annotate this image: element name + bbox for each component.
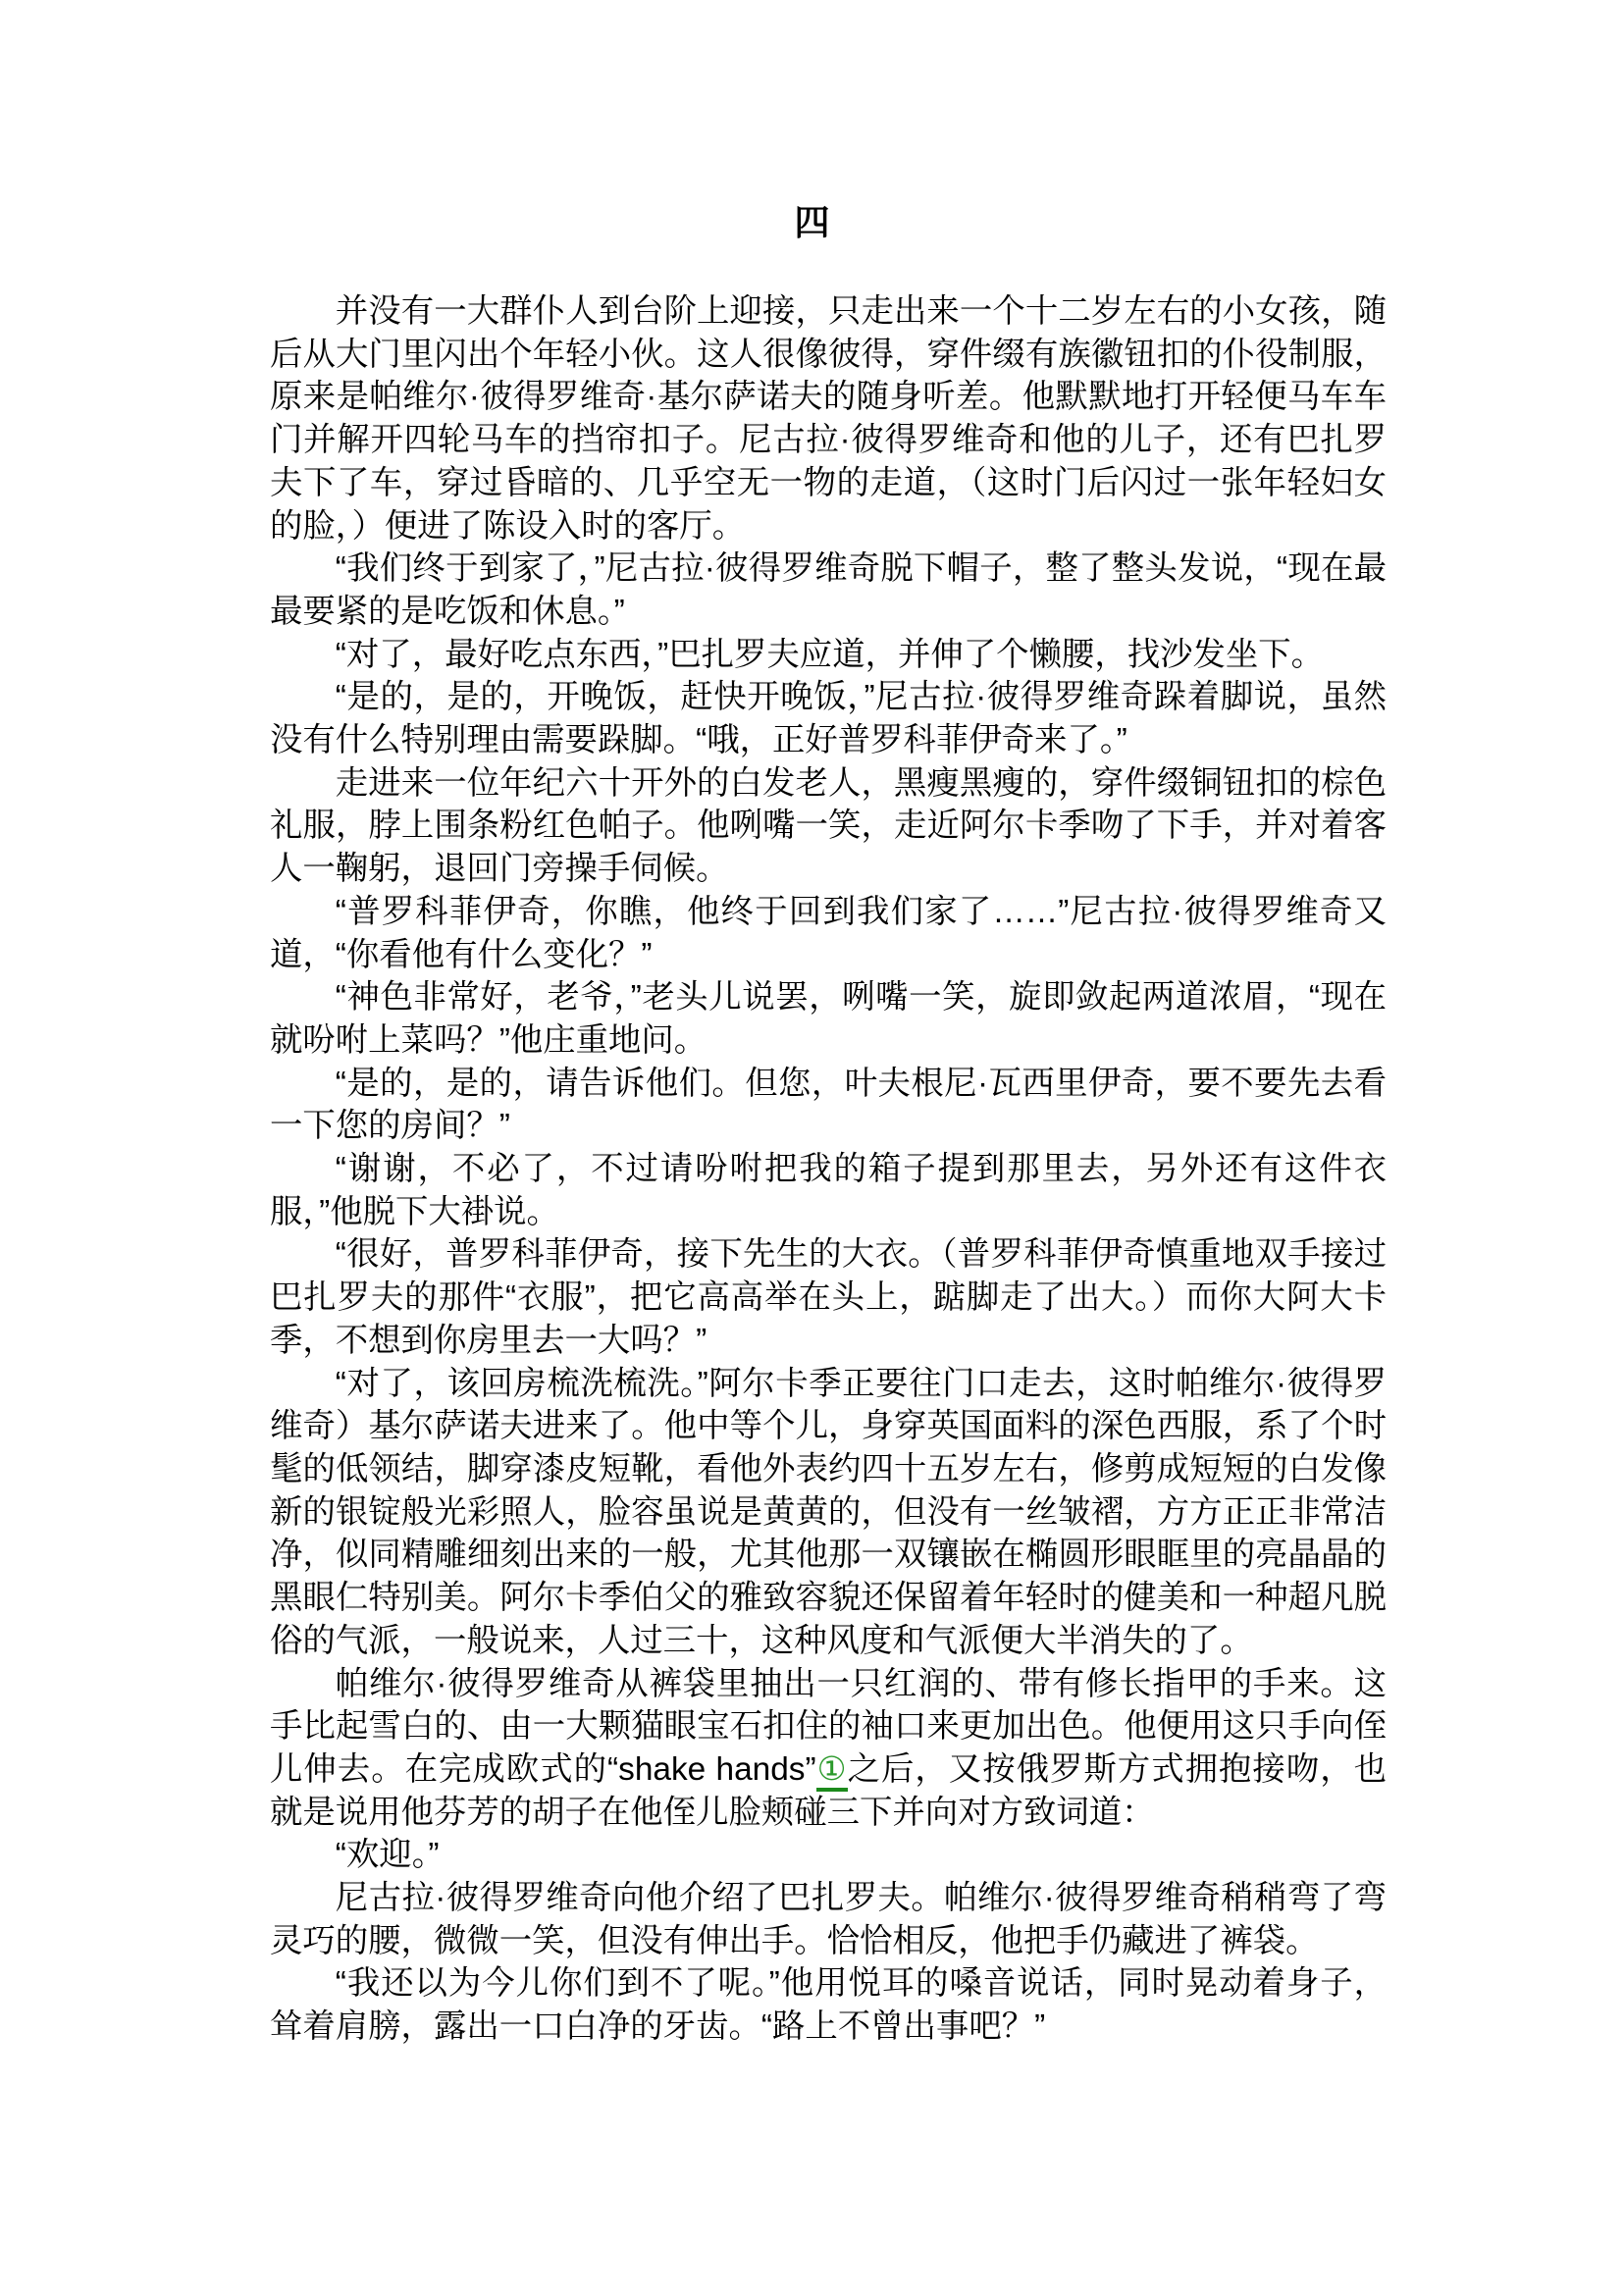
paragraph: “我们终于到家了，”尼古拉·彼得罗维奇脱下帽子，整了整头发说，“现在最最要紧的是… xyxy=(270,547,1387,633)
paragraph: 尼古拉·彼得罗维奇向他介绍了巴扎罗夫。帕维尔·彼得罗维奇稍稍弯了弯灵巧的腰，微微… xyxy=(270,1877,1387,1962)
paragraph: “是的，是的，开晚饭，赶快开晚饭，”尼古拉·彼得罗维奇跺着脚说，虽然没有什么特别… xyxy=(270,676,1387,761)
paragraph: “对了，最好吃点东西，”巴扎罗夫应道，并伸了个懒腰，找沙发坐下。 xyxy=(270,634,1387,677)
paragraph: “神色非常好，老爷，”老头儿说罢，咧嘴一笑，旋即敛起两道浓眉，“现在就吩咐上菜吗… xyxy=(270,976,1387,1062)
paragraph: “是的，是的，请告诉他们。但您，叶夫根尼·瓦西里伊奇，要不要先去看一下您的房间？… xyxy=(270,1063,1387,1148)
paragraph: 并没有一大群仆人到台阶上迎接，只走出来一个十二岁左右的小女孩，随后从大门里闪出个… xyxy=(270,290,1387,547)
chapter-title: 四 xyxy=(0,202,1624,243)
paragraph: “欢迎。” xyxy=(270,1834,1387,1877)
paragraph: “谢谢，不必了，不过请吩咐把我的箱子提到那里去，另外还有这件衣服，”他脱下大褂说… xyxy=(270,1148,1387,1233)
paragraph: “对了，该回房梳洗梳洗。”阿尔卡季正要往门口走去，这时帕维尔·彼得罗维奇）基尔萨… xyxy=(270,1363,1387,1663)
paragraph: 走进来一位年纪六十开外的白发老人，黑瘦黑瘦的，穿件缀铜钮扣的棕色礼服，脖上围条粉… xyxy=(270,762,1387,891)
document-page: 四 并没有一大群仆人到台阶上迎接，只走出来一个十二岁左右的小女孩，随后从大门里闪… xyxy=(0,0,1624,2294)
paragraph-with-footnote: 帕维尔·彼得罗维奇从裤袋里抽出一只红润的、带有修长指甲的手来。这手比起雪白的、由… xyxy=(270,1663,1387,1835)
body-text: 并没有一大群仆人到台阶上迎接，只走出来一个十二岁左右的小女孩，随后从大门里闪出个… xyxy=(270,290,1387,2049)
paragraph: “很好，普罗科菲伊奇，接下先生的大衣。（普罗科菲伊奇慎重地双手接过巴扎罗夫的那件… xyxy=(270,1233,1387,1362)
paragraph: “普罗科菲伊奇，你瞧，他终于回到我们家了……”尼古拉·彼得罗维奇又道，“你看他有… xyxy=(270,891,1387,976)
footnote-ref-link[interactable]: ① xyxy=(816,1751,848,1792)
paragraph: “我还以为今儿你们到不了呢。”他用悦耳的嗓音说话，同时晃动着身子，耸着肩膀，露出… xyxy=(270,1962,1387,2048)
